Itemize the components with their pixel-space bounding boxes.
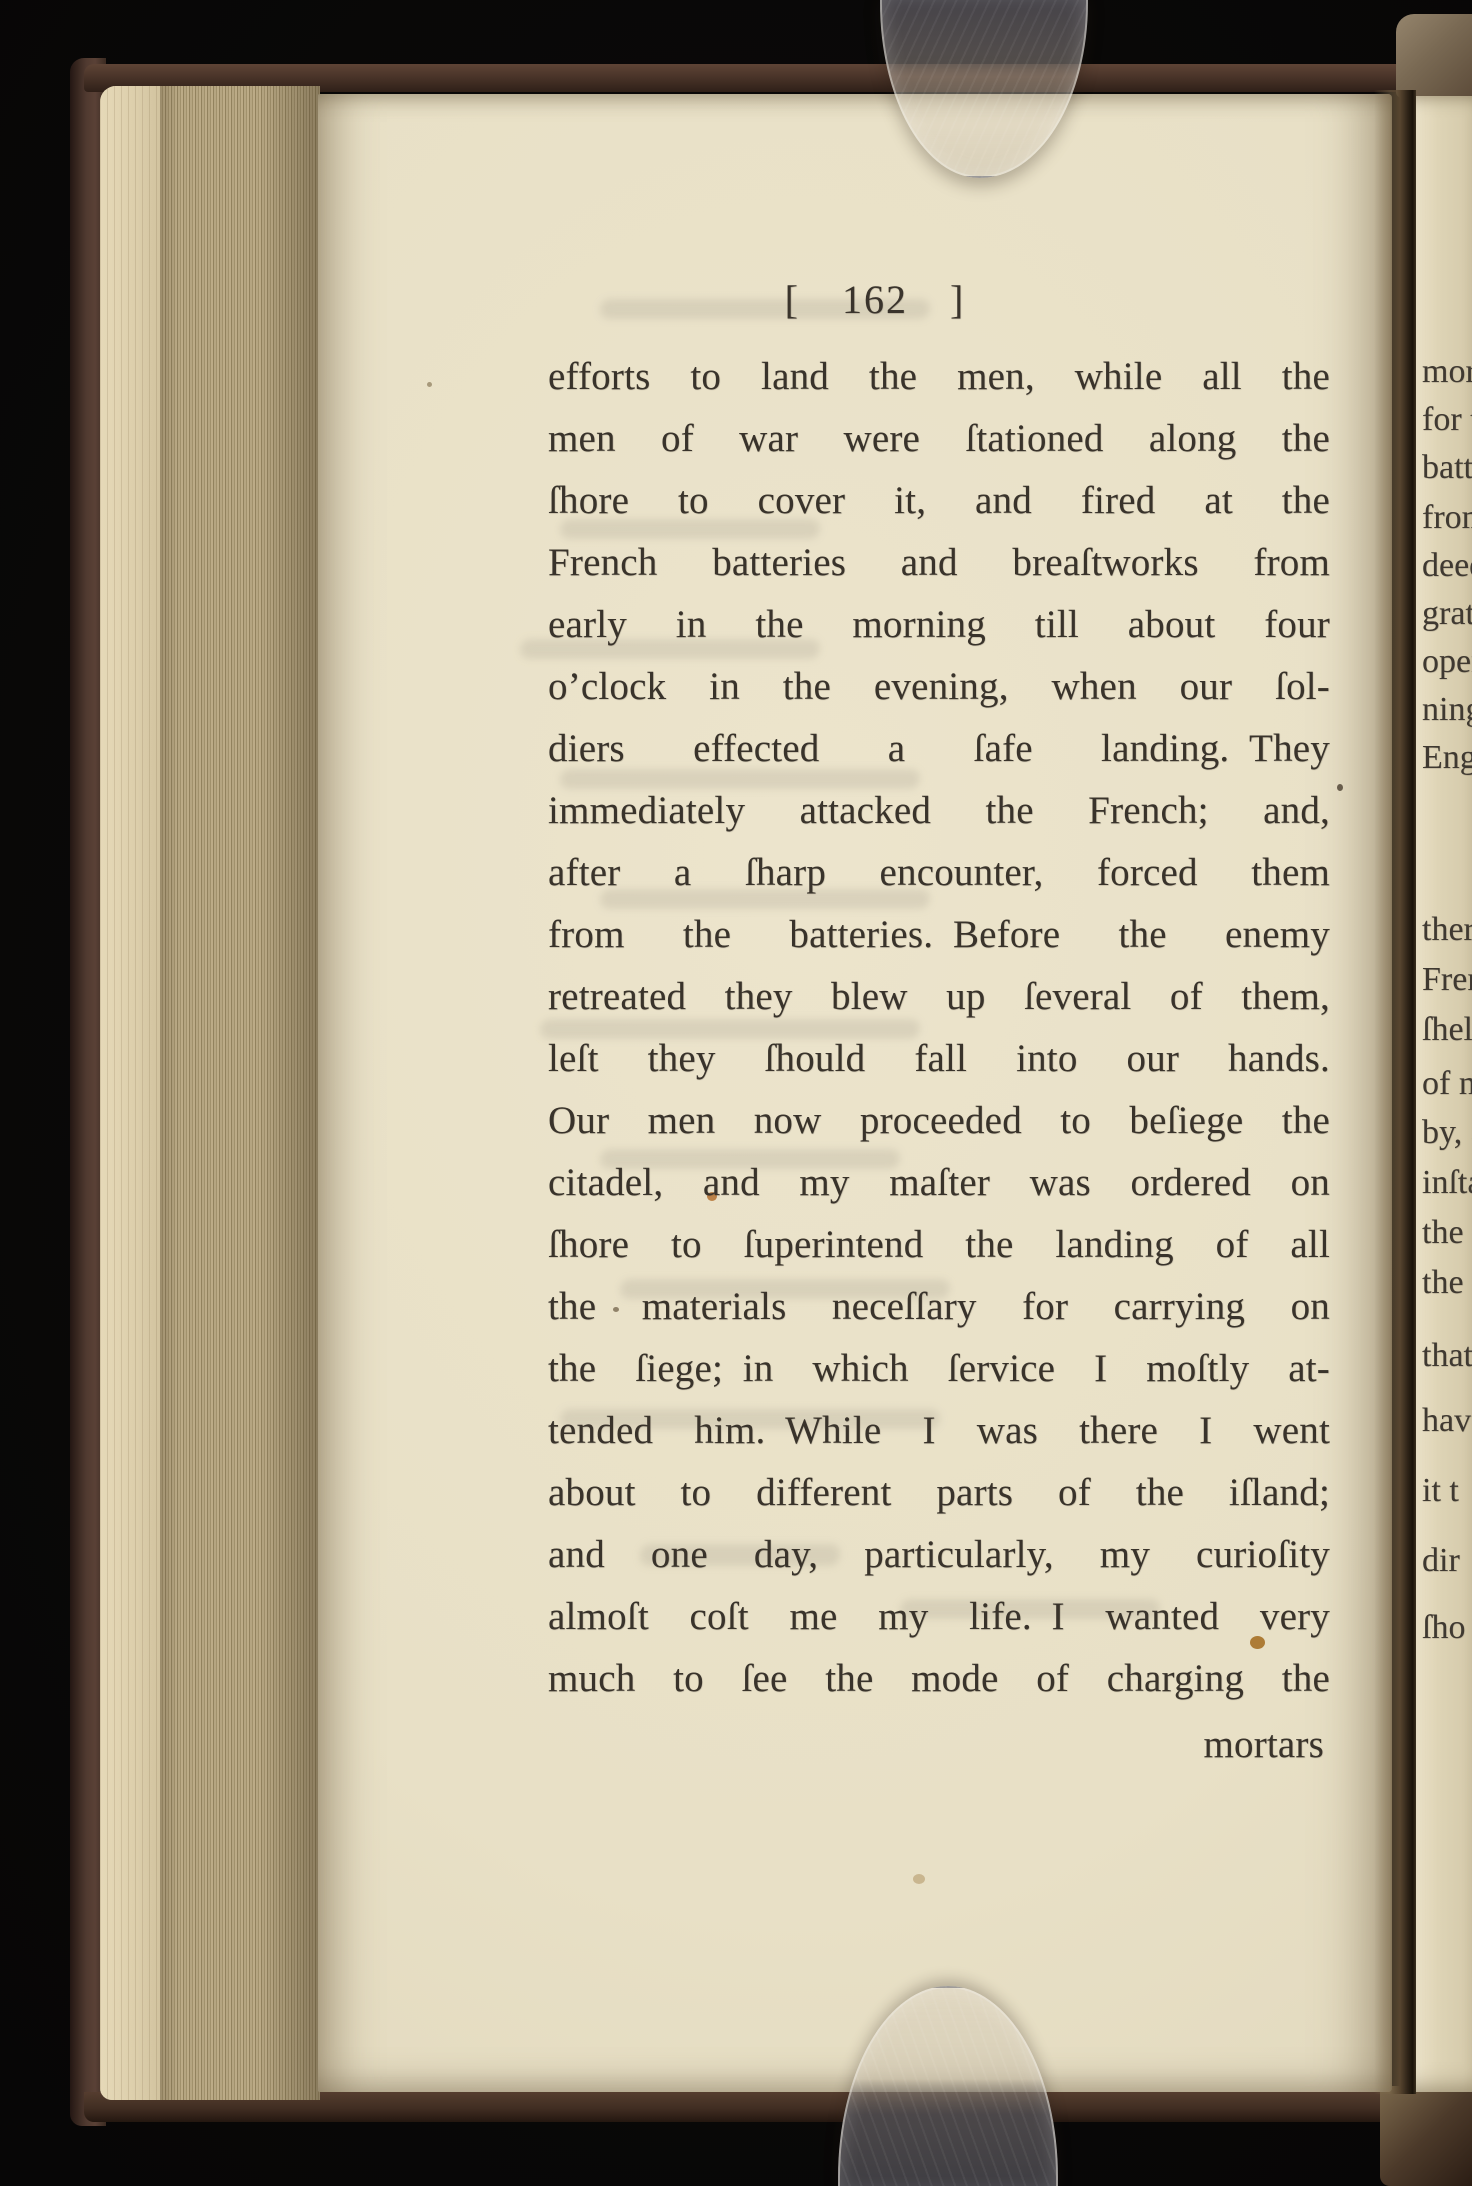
facing-text-fragment: gratif: [1422, 594, 1472, 634]
facing-text-fragment: dir: [1422, 1541, 1460, 1581]
body-line: early in the morning till about four: [548, 594, 1330, 656]
facing-text-fragment: ſho: [1422, 1608, 1465, 1648]
paper-fleck: [427, 382, 432, 387]
body-line: o’clock in the evening, when our ſol-: [548, 656, 1330, 718]
facing-text-fragment: Fren: [1422, 960, 1472, 1000]
body-line: after a ſharp encounter, forced them: [548, 842, 1330, 904]
page-stack-striations: [160, 86, 320, 2100]
body-line: much to ſee the mode of charging the: [548, 1648, 1330, 1710]
book-cover-corner-top-right: [1396, 14, 1472, 98]
facing-text-fragment: of n: [1422, 1064, 1472, 1104]
body-line: the ſiege; in which ſervice I moſtly at-: [548, 1338, 1330, 1400]
body-line: retreated they blew up ſeveral of them,: [548, 966, 1330, 1028]
body-line: efforts to land the men, while all the: [548, 346, 1330, 408]
body-line: about to different parts of the iſland;: [548, 1462, 1330, 1524]
facing-text-fragment: from t: [1422, 498, 1472, 538]
ink-fleck: [1337, 784, 1343, 791]
facing-text-fragment: Engl: [1422, 738, 1472, 778]
facing-text-fragment: hav: [1422, 1401, 1471, 1441]
body-line: immediately attacked the French; and,: [548, 780, 1330, 842]
facing-text-fragment: the: [1422, 1213, 1464, 1253]
facing-text-fragment: for th: [1422, 400, 1472, 440]
body-line: the materials neceſſary for carrying on: [548, 1276, 1330, 1338]
body-line: almoſt coſt me my life. I wanted very: [548, 1586, 1330, 1648]
body-line: ſhore to ſuperintend the landing of all: [548, 1214, 1330, 1276]
page-number: [ 162 ]: [548, 276, 1330, 323]
gutter-shadow: [1374, 90, 1416, 2094]
body-line: men of war were ſtationed along the: [548, 408, 1330, 470]
body-line: from the batteries. Before the enemy: [548, 904, 1330, 966]
right-page-sliver: morta for th batter from t deed, I grati…: [1416, 96, 1472, 2092]
facing-text-fragment: deed, I: [1422, 546, 1472, 586]
facing-text-fragment: it t: [1422, 1471, 1459, 1511]
body-line: diers effected a ſafe landing. They: [548, 718, 1330, 780]
facing-text-fragment: morta: [1422, 352, 1472, 392]
body-line: ſhore to cover it, and fired at the: [548, 470, 1330, 532]
facing-text-fragment: batter: [1422, 448, 1472, 488]
body-text-block: efforts to land the men, while all the m…: [548, 346, 1330, 1776]
catchword: mortars: [548, 1714, 1330, 1776]
facing-text-fragment: ſhells: [1422, 1010, 1472, 1050]
facing-text-fragment: inſta: [1422, 1163, 1472, 1203]
foxing-spot: [913, 1874, 925, 1884]
body-line: and one day, particularly, my curioſity: [548, 1524, 1330, 1586]
facing-text-fragment: that: [1422, 1336, 1472, 1376]
facing-text-fragment: there: [1422, 910, 1472, 950]
left-page: [ 162 ] efforts to land the men, while a…: [318, 94, 1392, 2092]
page-stack-curved-edges: [100, 86, 166, 2100]
facing-text-fragment: ning: [1422, 690, 1472, 730]
book-scan-photo: [ 162 ] efforts to land the men, while a…: [0, 0, 1472, 2186]
body-line: French batteries and breaſtworks from: [548, 532, 1330, 594]
facing-text-fragment: by, a: [1422, 1113, 1472, 1153]
body-line: tended him. While I was there I went: [548, 1400, 1330, 1462]
body-line: Our men now proceeded to beſiege the: [548, 1090, 1330, 1152]
body-line: leſt they ſhould fall into our hands.: [548, 1028, 1330, 1090]
body-line: citadel, and my maſter was ordered on: [548, 1152, 1330, 1214]
facing-text-fragment: the: [1422, 1263, 1464, 1303]
page-stack-fore-edge: [100, 86, 320, 2100]
facing-text-fragment: opera: [1422, 642, 1472, 682]
book-cover-corner-bottom-right: [1380, 2086, 1472, 2186]
